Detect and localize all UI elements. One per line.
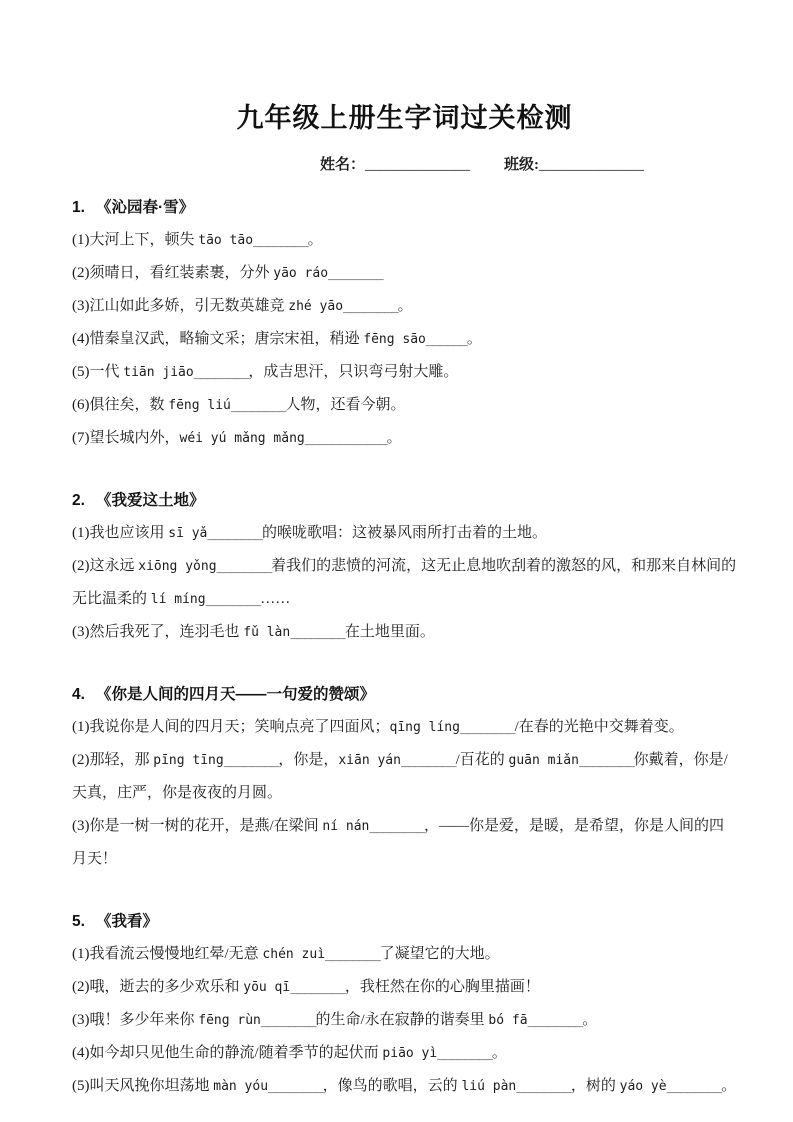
- answer-blank: ____________: [305, 431, 387, 446]
- pinyin-text: fēng sāo: [363, 332, 426, 347]
- pinyin-text: chén zuì: [262, 947, 325, 962]
- chinese-text: 了凝望它的大地。: [380, 946, 500, 962]
- chinese-text: (2)这永远: [72, 558, 138, 574]
- pinyin-text: guān miǎn: [509, 753, 579, 768]
- question-item: (3)哦！多少年来你 fēng rùn________的生命/永在寂静的谐奏里 …: [72, 1004, 737, 1037]
- pinyin-text: fēng liú: [168, 398, 231, 413]
- question-item: (3)江山如此多娇，引无数英雄竞 zhé yāo________。: [72, 290, 737, 323]
- section: 5.《我看》(1)我看流云慢慢地红晕/无意 chén zuì________了凝…: [72, 905, 737, 1103]
- answer-blank: ________: [516, 1079, 571, 1094]
- question-item: (1)我看流云慢慢地红晕/无意 chén zuì________了凝望它的大地。: [72, 938, 737, 971]
- chinese-text: (3)哦！多少年来你: [72, 1012, 198, 1028]
- pinyin-text: màn yóu: [213, 1079, 268, 1094]
- chinese-text: 。: [721, 1078, 736, 1094]
- pinyin-text: pīng tīng: [153, 753, 223, 768]
- section-title: 《沁园春·雪》: [96, 199, 194, 216]
- name-label: 姓名：: [320, 157, 365, 173]
- chinese-text: ，树的: [571, 1078, 620, 1094]
- question-item: (6)俱往矣，数 fēng liú________人物，还看今朝。: [72, 389, 737, 422]
- section-title: 《我爱这土地》: [96, 492, 205, 509]
- worksheet-page: 九年级上册生字词过关检测 姓名：______________班级:_______…: [0, 0, 793, 1122]
- question-item: (4)惜秦皇汉武，略输文采；唐宗宋祖，稍逊 fēng sāo______。: [72, 323, 737, 356]
- question-item: (2)哦，逝去的多少欢乐和 yōu qī________，我枉然在你的心胸里描画…: [72, 971, 737, 1004]
- chinese-text: ，成吉思汗，只识弯弓射大雕。: [248, 364, 458, 380]
- pinyin-text: sī yǎ: [168, 526, 207, 541]
- section-number: 4.: [72, 678, 96, 711]
- name-class-line: 姓名：______________班级:______________: [320, 153, 737, 177]
- question-item: (4)如今却只见他生命的静流/随着季节的起伏而 piāo yì________。: [72, 1037, 737, 1070]
- chinese-text: ，像鸟的歌唱，云的: [323, 1078, 462, 1094]
- class-label: 班级:: [504, 157, 539, 173]
- question-item: (2)那轻，那 pīng tīng________，你是，xiān yán___…: [72, 744, 737, 810]
- question-item: (2)须晴日，看红装素裹，分外 yāo ráo________: [72, 257, 737, 290]
- answer-blank: ________: [217, 559, 272, 574]
- answer-blank: ________: [328, 266, 383, 281]
- answer-blank: ________: [401, 753, 456, 768]
- section: 4.《你是人间的四月天——一句爱的赞颂》(1)我说你是人间的四月天；笑响点亮了四…: [72, 678, 737, 876]
- question-item: (2)这永远 xiōng yǒng________着我们的悲愤的河流，这无止息地…: [72, 550, 737, 616]
- pinyin-text: xiōng yǒng: [138, 559, 216, 574]
- pinyin-text: piāo yì: [382, 1046, 437, 1061]
- section-header: 4.《你是人间的四月天——一句爱的赞颂》: [72, 678, 737, 711]
- chinese-text: (1)我看流云慢慢地红晕/无意: [72, 946, 262, 962]
- question-item: (1)我说你是人间的四月天；笑响点亮了四面风；qīng líng________…: [72, 711, 737, 744]
- pinyin-text: wéi yú mǎng mǎng: [180, 431, 305, 446]
- chinese-text: 在土地里面。: [345, 624, 435, 640]
- chinese-text: 。: [492, 1045, 507, 1061]
- chinese-text: (1)我也应该用: [72, 525, 168, 541]
- chinese-text: (2)哦，逝去的多少欢乐和: [72, 979, 243, 995]
- question-item: (3)然后我死了，连羽毛也 fǔ làn________在土地里面。: [72, 616, 737, 649]
- chinese-text: (1)大河上下，顿失: [72, 232, 198, 248]
- answer-blank: ________: [268, 1079, 323, 1094]
- answer-blank: ________: [460, 720, 515, 735]
- sections: 1.《沁园春·雪》(1)大河上下，顿失 tāo tāo________。(2)须…: [72, 191, 737, 1103]
- chinese-text: (3)你是一树一树的花开，是燕/在梁间: [72, 818, 322, 834]
- answer-blank: ________: [290, 980, 345, 995]
- question-item: (1)大河上下，顿失 tāo tāo________。: [72, 224, 737, 257]
- chinese-text: ，我枉然在你的心胸里描画！: [345, 979, 540, 995]
- answer-blank: ________: [290, 625, 345, 640]
- chinese-text: (2)那轻，那: [72, 752, 153, 768]
- pinyin-text: tāo tāo: [198, 233, 253, 248]
- answer-blank: ________: [194, 365, 249, 380]
- chinese-text: 。: [398, 298, 413, 314]
- answer-blank: ________: [224, 753, 279, 768]
- pinyin-text: qīng líng: [390, 720, 460, 735]
- section-header: 2.《我爱这土地》: [72, 484, 737, 517]
- question-item: (5)一代 tiān jiāo________，成吉思汗，只识弯弓射大雕。: [72, 356, 737, 389]
- class-blank: ______________: [539, 157, 644, 173]
- pinyin-text: yāo ráo: [273, 266, 328, 281]
- pinyin-text: zhé yāo: [288, 299, 343, 314]
- chinese-text: (3)然后我死了，连羽毛也: [72, 624, 243, 640]
- pinyin-text: bó fā: [488, 1013, 527, 1028]
- answer-blank: ________: [325, 947, 380, 962]
- section-title: 《我看》: [96, 913, 158, 930]
- chinese-text: ，你是，: [278, 752, 338, 768]
- pinyin-text: fēng rùn: [198, 1013, 261, 1028]
- answer-blank: ________: [579, 753, 634, 768]
- pinyin-text: xiān yán: [338, 753, 401, 768]
- chinese-text: /在春的光艳中交舞着变。: [515, 719, 684, 735]
- answer-blank: ______: [426, 332, 467, 347]
- chinese-text: 人物，还看今朝。: [286, 397, 406, 413]
- pinyin-text: liú pàn: [461, 1079, 516, 1094]
- section-header: 1.《沁园春·雪》: [72, 191, 737, 224]
- chinese-text: /百花的: [456, 752, 509, 768]
- question-item: (3)你是一树一树的花开，是燕/在梁间 ní nán________，——你是爱…: [72, 810, 737, 876]
- question-item: (7)望长城内外，wéi yú mǎng mǎng____________。: [72, 422, 737, 455]
- section-number: 2.: [72, 484, 96, 517]
- pinyin-text: fǔ làn: [243, 625, 290, 640]
- pinyin-text: yōu qī: [243, 980, 290, 995]
- answer-blank: ________: [667, 1079, 722, 1094]
- chinese-text: (6)俱往矣，数: [72, 397, 168, 413]
- answer-blank: ________: [528, 1013, 583, 1028]
- chinese-text: (5)叫天风挽你坦荡地: [72, 1078, 213, 1094]
- chinese-text: ……: [260, 591, 290, 607]
- answer-blank: ________: [261, 1013, 316, 1028]
- answer-blank: ________: [231, 398, 286, 413]
- pinyin-text: lí míng: [151, 592, 206, 607]
- section: 2.《我爱这土地》(1)我也应该用 sī yǎ________的喉咙歌唱：这被暴…: [72, 484, 737, 649]
- section-title: 《你是人间的四月天——一句爱的赞颂》: [96, 686, 375, 703]
- name-blank: ______________: [365, 157, 470, 173]
- pinyin-text: ní nán: [322, 819, 369, 834]
- answer-blank: ________: [343, 299, 398, 314]
- page-title: 九年级上册生字词过关检测: [72, 96, 737, 135]
- answer-blank: ________: [207, 526, 262, 541]
- chinese-text: (5)一代: [72, 364, 123, 380]
- answer-blank: ________: [253, 233, 308, 248]
- chinese-text: (3)江山如此多娇，引无数英雄竞: [72, 298, 288, 314]
- chinese-text: (4)惜秦皇汉武，略输文采；唐宗宋祖，稍逊: [72, 331, 363, 347]
- chinese-text: (2)须晴日，看红装素裹，分外: [72, 265, 273, 281]
- chinese-text: 的生命/永在寂静的谐奏里: [316, 1012, 489, 1028]
- section-number: 1.: [72, 191, 96, 224]
- chinese-text: 。: [308, 232, 323, 248]
- section: 1.《沁园春·雪》(1)大河上下，顿失 tāo tāo________。(2)须…: [72, 191, 737, 455]
- section-header: 5.《我看》: [72, 905, 737, 938]
- chinese-text: (1)我说你是人间的四月天；笑响点亮了四面风；: [72, 719, 390, 735]
- chinese-text: 。: [582, 1012, 597, 1028]
- answer-blank: ________: [369, 819, 424, 834]
- question-item: (1)我也应该用 sī yǎ________的喉咙歌唱：这被暴风雨所打击着的土地…: [72, 517, 737, 550]
- pinyin-text: tiān jiāo: [123, 365, 193, 380]
- section-number: 5.: [72, 905, 96, 938]
- chinese-text: (7)望长城内外，: [72, 430, 180, 446]
- chinese-text: (4)如今却只见他生命的静流/随着季节的起伏而: [72, 1045, 382, 1061]
- answer-blank: ________: [206, 592, 261, 607]
- question-item: (5)叫天风挽你坦荡地 màn yóu________，像鸟的歌唱，云的 liú…: [72, 1070, 737, 1103]
- pinyin-text: yáo yè: [620, 1079, 667, 1094]
- chinese-text: 。: [387, 430, 402, 446]
- chinese-text: 的喉咙歌唱：这被暴风雨所打击着的土地。: [262, 525, 547, 541]
- answer-blank: ________: [437, 1046, 492, 1061]
- chinese-text: 。: [467, 331, 482, 347]
